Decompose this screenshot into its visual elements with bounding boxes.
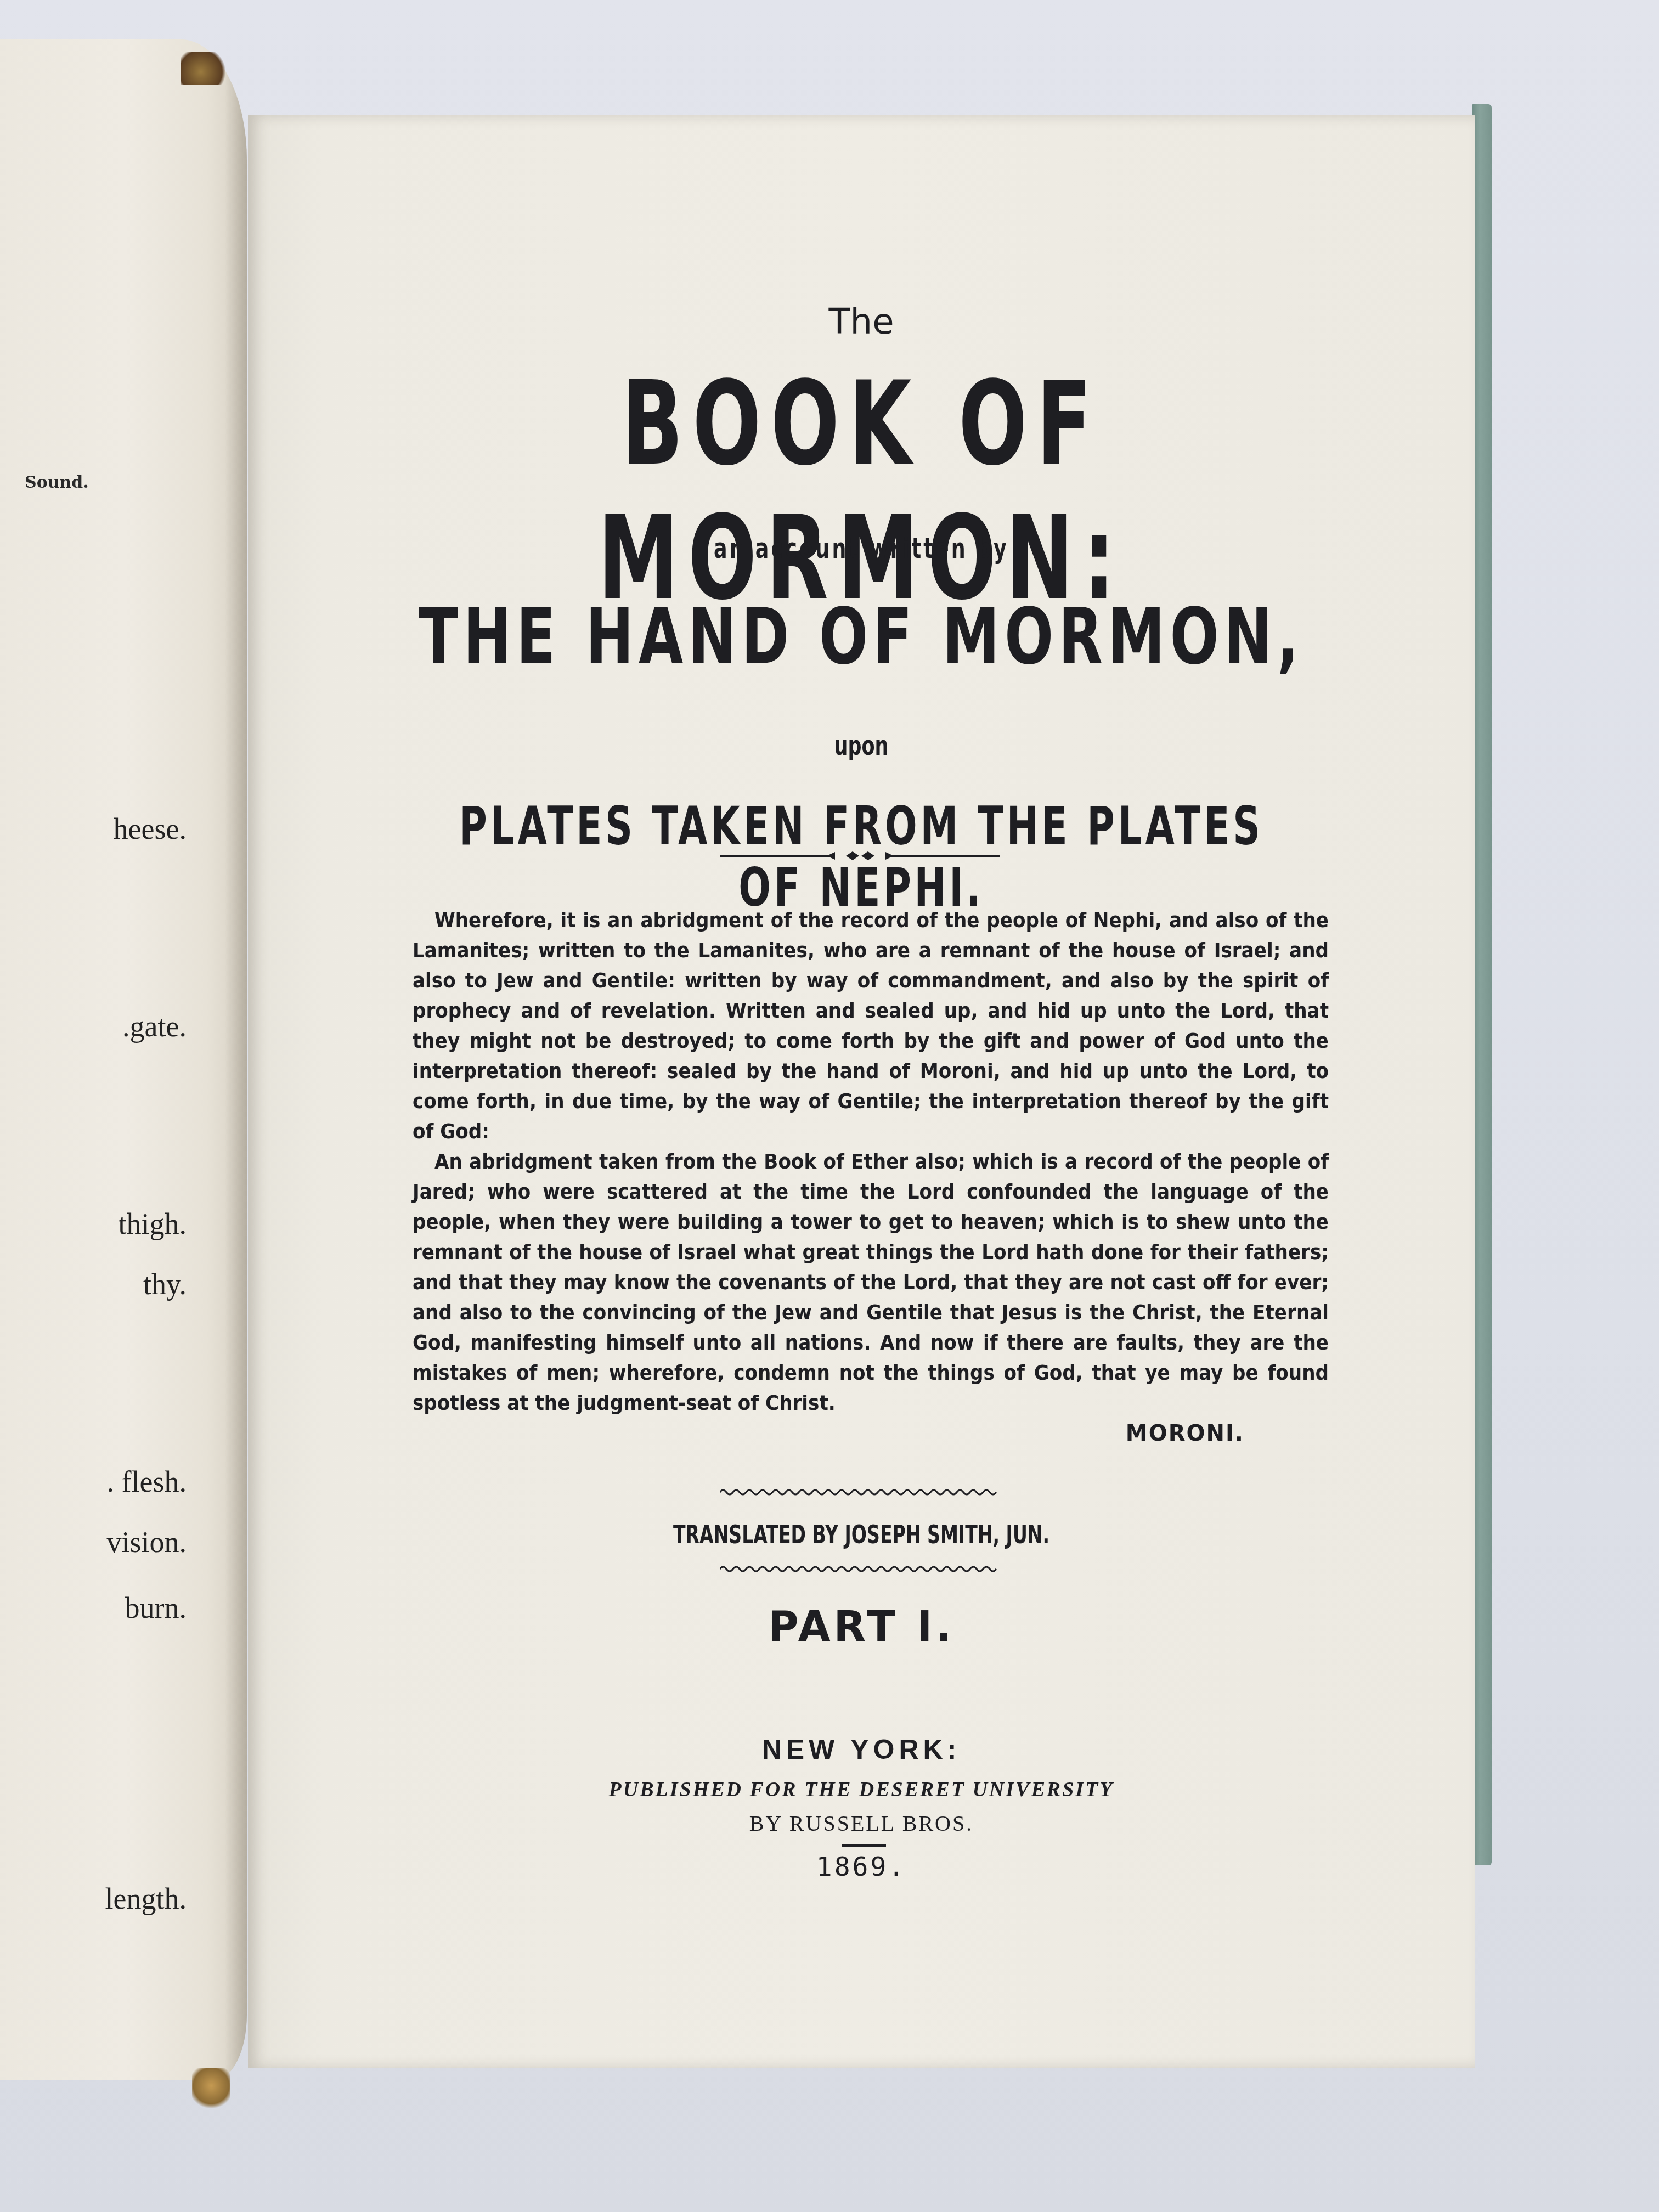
body-paragraph-2: An abridgment taken from the Book of Eth… bbox=[413, 1147, 1329, 1418]
margin-word: vision. bbox=[106, 1525, 187, 1559]
ornamental-rule-icon bbox=[720, 850, 1000, 861]
margin-word: burn. bbox=[125, 1591, 187, 1625]
volume-label: PART I. bbox=[248, 1602, 1475, 1651]
margin-word: .gate. bbox=[122, 1009, 187, 1043]
column-heading-sound: Sound. bbox=[25, 473, 89, 492]
body-paragraph-1: Wherefore, it is an abridgment of the re… bbox=[413, 905, 1329, 1147]
title-article: The bbox=[248, 302, 1475, 342]
signature-moroni: MORONI. bbox=[1126, 1421, 1244, 1446]
title-page-body: Wherefore, it is an abridgment of the re… bbox=[413, 905, 1329, 1418]
margin-word: thigh. bbox=[118, 1207, 187, 1241]
title-page: The BOOK OF MORMON: an account written b… bbox=[248, 115, 1475, 2068]
book-cover-board bbox=[1472, 104, 1492, 1865]
imprint-city: NEW YORK: bbox=[248, 1734, 1475, 1765]
imprint-year: 1869. bbox=[248, 1852, 1475, 1882]
wavy-rule-icon bbox=[720, 1487, 1000, 1498]
margin-word: length. bbox=[105, 1882, 187, 1916]
headband-bottom bbox=[192, 2068, 230, 2112]
main-title: BOOK OF MORMON: bbox=[383, 357, 1340, 625]
wavy-rule-icon bbox=[720, 1564, 1000, 1575]
headband-top bbox=[181, 52, 230, 85]
margin-word: heese. bbox=[114, 812, 187, 846]
secondary-title: THE HAND OF MORMON, bbox=[402, 592, 1322, 682]
subtitle-upon: upon bbox=[432, 730, 1290, 761]
margin-word: . flesh. bbox=[107, 1465, 187, 1499]
margin-word: thy. bbox=[143, 1267, 187, 1301]
subtitle-account: an account written by bbox=[432, 532, 1290, 565]
imprint-publisher: PUBLISHED FOR THE DESERET UNIVERSITY bbox=[248, 1778, 1475, 1802]
translator-line: TRANSLATED BY JOSEPH SMITH, JUN. bbox=[420, 1520, 1303, 1549]
page-gutter-shadow bbox=[225, 39, 247, 2080]
left-page: Sound. heese..gate.thigh.thy.. flesh.vis… bbox=[0, 39, 247, 2080]
imprint-rule bbox=[842, 1844, 886, 1847]
imprint-printer: BY RUSSELL BROS. bbox=[248, 1810, 1475, 1836]
